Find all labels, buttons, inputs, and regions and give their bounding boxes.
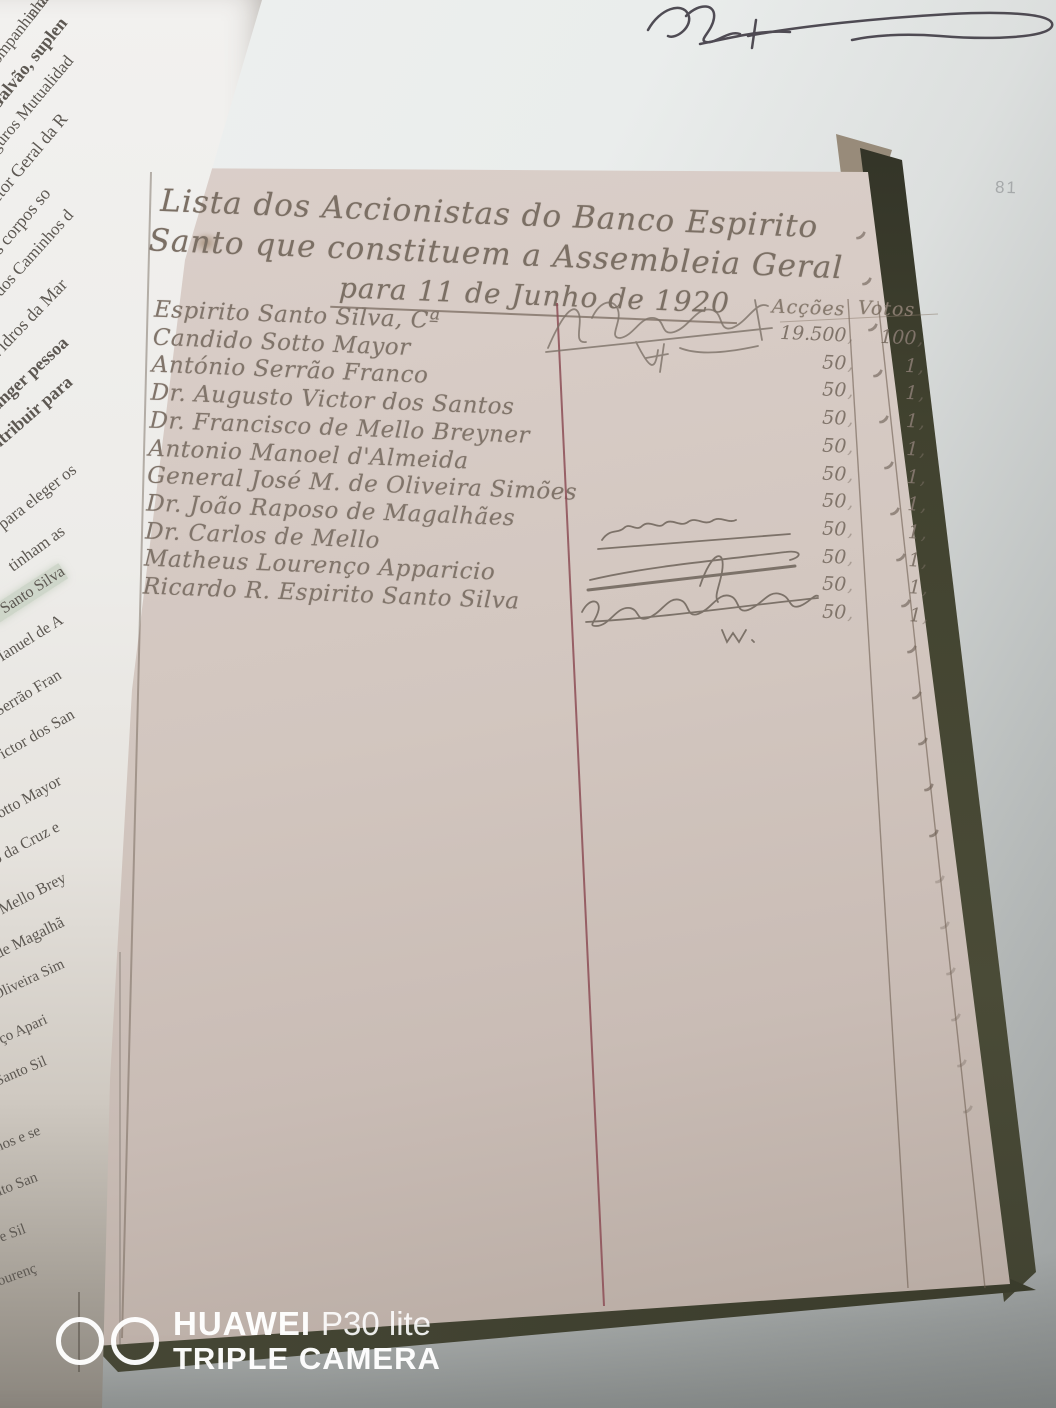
camera-watermark: HUAWEIP30 lite TRIPLE CAMERA (56, 1306, 441, 1376)
pencil-signatures-bottom (582, 519, 818, 642)
lens-circle-icon (111, 1317, 159, 1365)
pencil-signature-row1 (546, 300, 772, 372)
ink-signature-top (648, 6, 1052, 48)
ledger-rule-lines (122, 172, 985, 1338)
rules-and-signatures (0, 0, 1056, 1408)
watermark-text: HUAWEIP30 lite TRIPLE CAMERA (173, 1306, 441, 1376)
watermark-model: P30 lite (321, 1305, 431, 1342)
watermark-line2: TRIPLE CAMERA (173, 1342, 441, 1376)
photo-of-ledger-book: 81 nha Espirito Saompanhia dos CGalvão, … (0, 0, 1056, 1408)
watermark-brand: HUAWEI (173, 1305, 311, 1342)
lens-circle-icon (56, 1317, 104, 1365)
dual-lens-icon (56, 1317, 159, 1365)
